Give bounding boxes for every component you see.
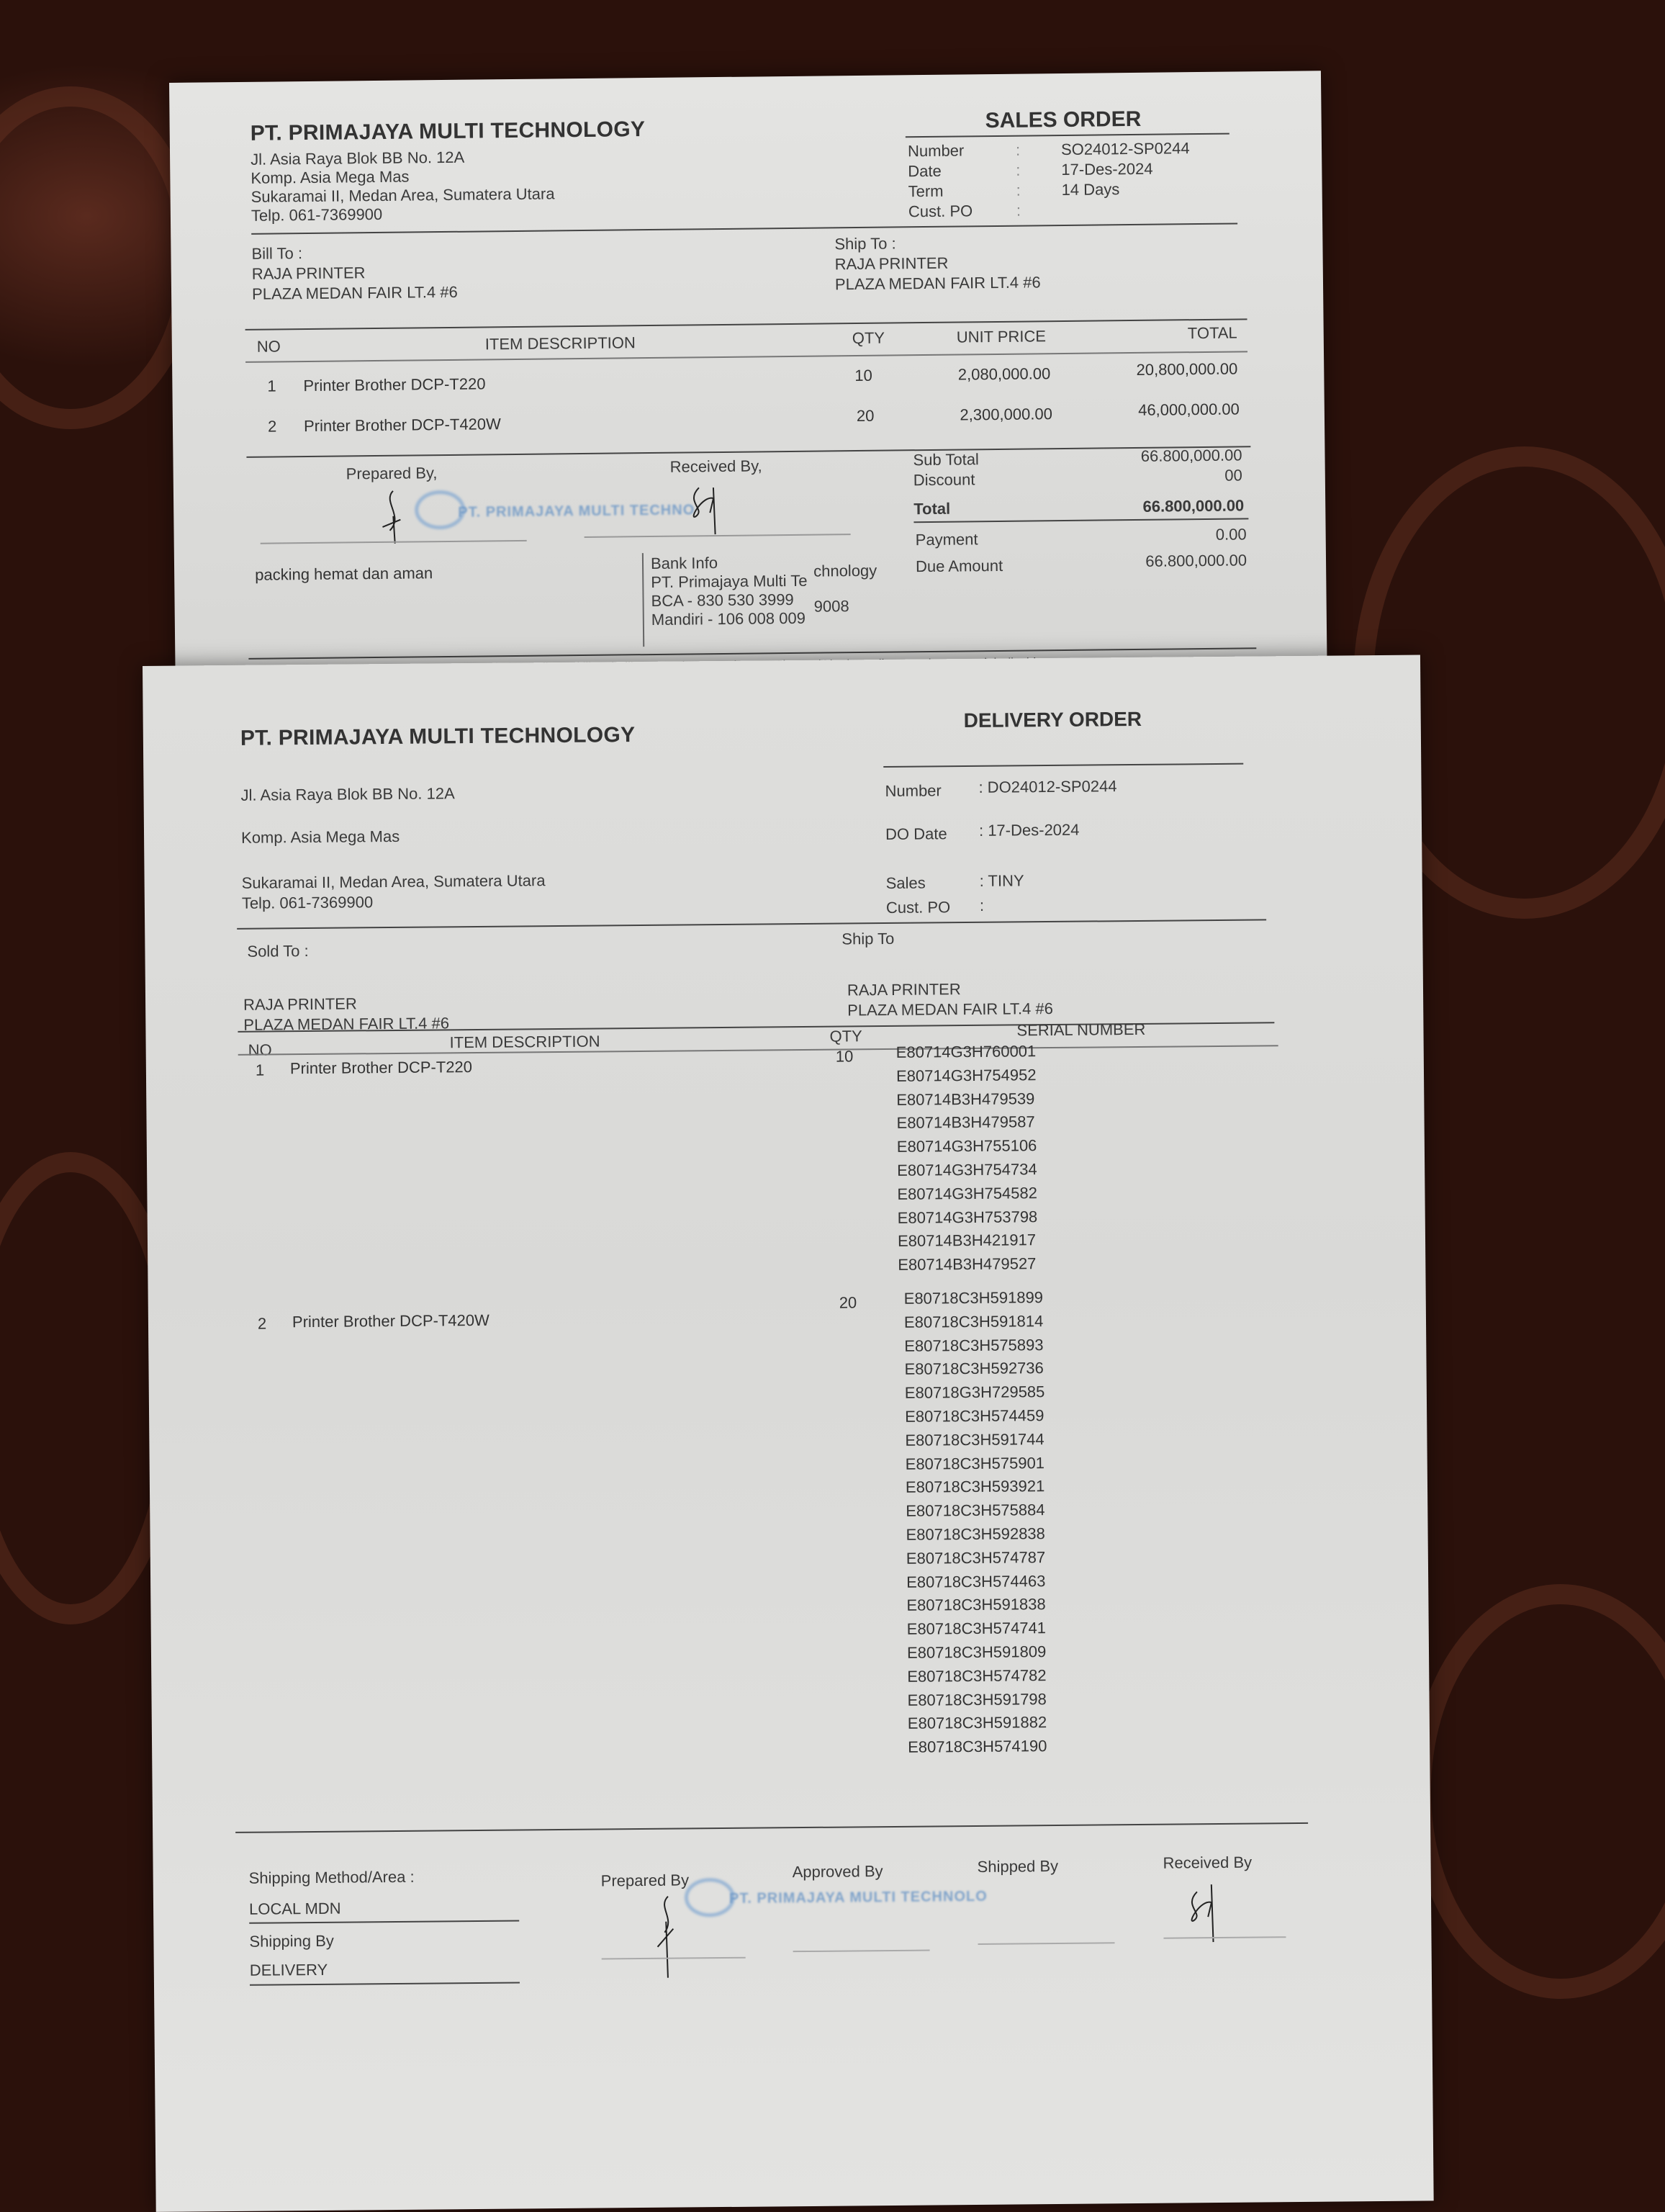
bank-info: Bank Info PT. Primajaya Multi Te BCA - 8… xyxy=(651,553,808,629)
serial-number: E80714B3H479539 xyxy=(896,1087,1037,1112)
sales-items-table: NO ITEM DESCRIPTION QTY UNIT PRICE TOTAL… xyxy=(169,71,1321,83)
serial-number: E80718C3H593921 xyxy=(906,1475,1046,1499)
serial-number: E80714G3H754952 xyxy=(896,1064,1037,1088)
document-title: DELIVERY ORDER xyxy=(964,708,1142,732)
cust-po xyxy=(1062,199,1191,220)
serial-number: E80718C3H575893 xyxy=(904,1334,1044,1358)
serial-number: E80718C3H574459 xyxy=(905,1404,1045,1429)
company-name: PT. PRIMAJAYA MULTI TECHNOLOGY xyxy=(251,117,646,146)
company-stamp: PT. PRIMAJAYA MULTI TECHNO xyxy=(458,502,695,521)
table-row: 2 Printer Brother DCP-T420W 20 2,300,000… xyxy=(169,71,1321,83)
prepared-by-label: Prepared By, xyxy=(346,464,438,483)
sales-person: : TINY xyxy=(980,871,1024,891)
signature-icon xyxy=(1183,1881,1227,1946)
due-amount: 66.800,000.00 xyxy=(1067,551,1247,572)
serial-number: E80718C3H591838 xyxy=(906,1593,1047,1617)
serial-number: E80714G3H754582 xyxy=(897,1182,1037,1206)
serial-number: E80714G3H753798 xyxy=(898,1205,1038,1230)
serial-number: E80714G3H754734 xyxy=(897,1158,1037,1182)
sales-order-sheet: PT. PRIMAJAYA MULTI TECHNOLOGY Jl. Asia … xyxy=(169,71,1327,680)
ship-to: Ship To : RAJA PRINTER PLAZA MEDAN FAIR … xyxy=(834,232,1041,295)
table-row: 1 Printer Brother DCP-T220 10 2,080,000.… xyxy=(169,71,1321,83)
ship-to: RAJA PRINTER PLAZA MEDAN FAIR LT.4 #6 xyxy=(847,979,1053,1020)
shipped-by-label: Shipped By xyxy=(977,1857,1058,1876)
signature-icon xyxy=(375,487,419,545)
do-date: : 17-Des-2024 xyxy=(979,821,1080,840)
serial-number: E80718G3H729585 xyxy=(905,1380,1045,1405)
serial-number-list: E80718C3H591899E80718C3H591814E80718C3H5… xyxy=(904,1286,1048,1760)
serial-number-list: E80714G3H760001E80714G3H754952E80714B3H4… xyxy=(896,1040,1038,1277)
cust-po: : xyxy=(980,896,984,915)
received-by-label: Received By xyxy=(1163,1853,1252,1873)
serial-number: E80714B3H479527 xyxy=(898,1252,1038,1277)
order-number: SO24012-SP0244 xyxy=(1061,138,1190,160)
delivery-order-sheet: PT. PRIMAJAYA MULTI TECHNOLOGY Jl. Asia … xyxy=(143,655,1434,2212)
serial-number: E80718C3H592736 xyxy=(904,1357,1044,1381)
company-stamp: PT. PRIMAJAYA MULTI TECHNOLO xyxy=(729,1889,988,1907)
serial-number: E80718C3H591809 xyxy=(907,1640,1047,1665)
shipping-by: DELIVERY xyxy=(250,1961,328,1980)
remark-text: packing hemat dan aman xyxy=(255,564,433,585)
serial-number: E80718C3H591899 xyxy=(904,1286,1044,1310)
bill-to: Bill To : RAJA PRINTER PLAZA MEDAN FAIR … xyxy=(251,242,458,305)
received-by-label: Received By, xyxy=(669,457,762,476)
wood-carving xyxy=(0,86,199,429)
signature-icon xyxy=(685,480,728,539)
order-date: 17-Des-2024 xyxy=(1061,158,1190,180)
company-stamp-icon xyxy=(685,1878,735,1917)
serial-number: E80714B3H479587 xyxy=(896,1111,1037,1136)
serial-number: E80718C3H574190 xyxy=(908,1735,1048,1759)
serial-number: E80718C3H591814 xyxy=(904,1310,1044,1334)
serial-number: E80718C3H592838 xyxy=(906,1522,1046,1547)
order-meta-values: SO24012-SP0244 17-Des-2024 14 Days xyxy=(1061,138,1191,220)
serial-number: E80718C3H591798 xyxy=(907,1688,1047,1712)
serial-number: E80718C3H574463 xyxy=(906,1570,1047,1594)
order-meta: Number Date Term Cust. PO xyxy=(908,140,973,222)
serial-number: E80718C3H591882 xyxy=(908,1711,1048,1735)
company-name: PT. PRIMAJAYA MULTI TECHNOLOGY xyxy=(240,723,636,751)
prepared-by-label: Prepared By xyxy=(601,1871,690,1890)
approved-by-label: Approved By xyxy=(793,1862,883,1881)
serial-number: E80714G3H760001 xyxy=(896,1040,1037,1064)
shipping-method: LOCAL MDN xyxy=(249,1899,341,1919)
company-address: Jl. Asia Raya Blok BB No. 12A Komp. Asia… xyxy=(251,147,555,225)
order-term: 14 Days xyxy=(1061,179,1190,200)
serial-number: E80718C3H574787 xyxy=(906,1546,1047,1570)
document-title: SALES ORDER xyxy=(985,107,1141,133)
order-summary: Sub Total 66.800,000.00 Discount 00 Tota… xyxy=(169,71,1321,83)
serial-number: E80718C3H575884 xyxy=(906,1498,1046,1523)
grand-total: 66.800,000.00 xyxy=(1066,496,1244,517)
do-number: : DO24012-SP0244 xyxy=(978,777,1116,797)
serial-number: E80718C3H575901 xyxy=(906,1452,1046,1476)
serial-number: E80714B3H421917 xyxy=(898,1229,1038,1254)
serial-number: E80718C3H574741 xyxy=(907,1617,1047,1641)
serial-number: E80714G3H755106 xyxy=(897,1134,1037,1159)
wood-carving xyxy=(1411,1584,1665,1999)
signature-icon xyxy=(650,1892,687,1979)
serial-number: E80718C3H591744 xyxy=(905,1428,1045,1452)
serial-number: E80718C3H574782 xyxy=(907,1664,1047,1689)
